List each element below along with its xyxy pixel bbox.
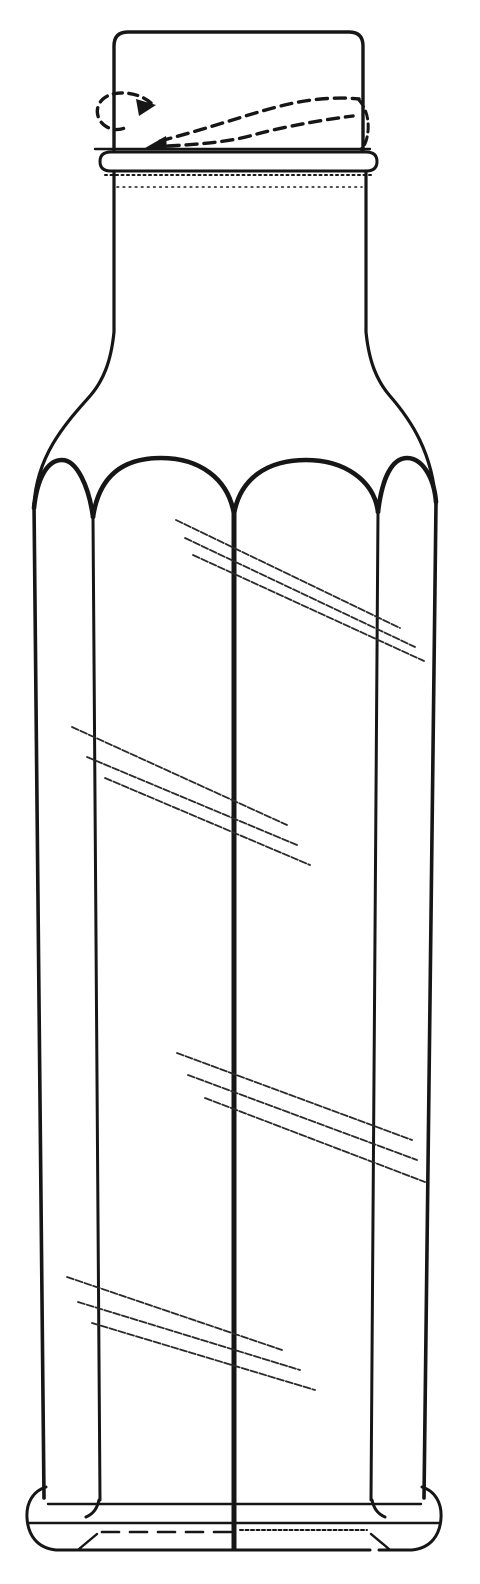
body-edge-left — [34, 503, 44, 1498]
foot-transition-right — [372, 1500, 385, 1517]
shading-group4-line2 — [78, 1302, 300, 1370]
flute-arch-3 — [234, 460, 378, 514]
shading-group3-line2 — [188, 1075, 417, 1160]
shading-group1-line1 — [176, 520, 400, 628]
heel-left-notch — [79, 1534, 97, 1549]
shading-group3-line3 — [205, 1098, 425, 1182]
bottle-drawing-svg — [0, 0, 480, 1584]
thread-arrowhead-upper — [136, 99, 156, 116]
flute-arch-2 — [93, 458, 234, 517]
neck-shoulder-left — [34, 171, 114, 505]
heel-left — [27, 1487, 89, 1550]
panel-line-left — [93, 517, 100, 1500]
body-edge-right — [424, 503, 436, 1498]
shading-group3-line1 — [177, 1053, 412, 1140]
neck-collar-band — [100, 152, 377, 171]
flute-arch-4 — [378, 458, 436, 512]
cap-outline — [114, 32, 363, 150]
heel-right — [379, 1487, 441, 1550]
shading-group4-line3 — [92, 1323, 315, 1390]
bottle-figure — [0, 0, 480, 1584]
foot-transition-left — [86, 1500, 99, 1517]
thread-arrowhead-lower — [145, 136, 167, 149]
heel-right-notch — [371, 1534, 389, 1549]
panel-line-right — [371, 512, 378, 1500]
shading-group1-line2 — [185, 538, 415, 647]
shading-group1-line3 — [193, 555, 424, 661]
shading-group2-line2 — [87, 757, 297, 845]
neck-shoulder-right — [366, 171, 436, 505]
